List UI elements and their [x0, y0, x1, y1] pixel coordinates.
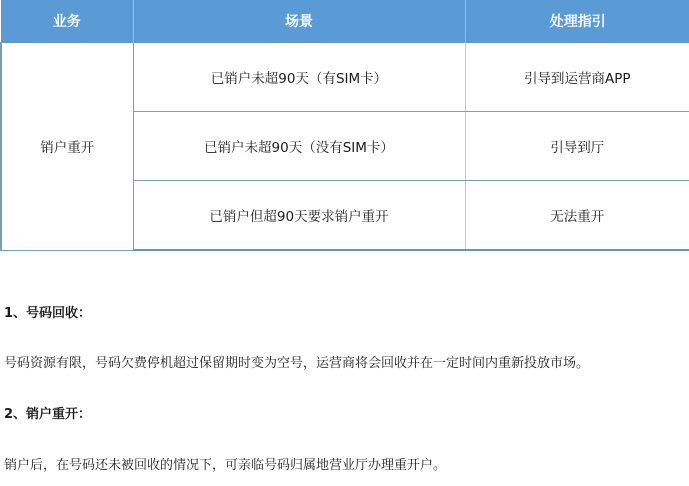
business-cell: 销户重开: [1, 43, 133, 251]
guide-cell: 无法重开: [465, 181, 689, 251]
header-business: 业务: [1, 0, 133, 43]
header-scenario: 场景: [133, 0, 465, 43]
guide-cell: 引导到厅: [465, 112, 689, 181]
table-row: 销户重开 已销户未超90天（有SIM卡） 引导到运营商APP: [1, 43, 689, 112]
scenario-cell: 已销户但超90天要求销户重开: [133, 181, 465, 251]
guidance-table: 业务 场景 处理指引 销户重开 已销户未超90天（有SIM卡） 引导到运营商AP…: [0, 0, 689, 251]
table-header-row: 业务 场景 处理指引: [1, 0, 689, 43]
section-heading-account-reopen: 2、销户重开：: [4, 403, 91, 422]
section-body-account-reopen: 销户后，在号码还未被回收的情况下，可亲临号码归属地营业厅办理重开户。: [4, 454, 446, 473]
scenario-cell: 已销户未超90天（有SIM卡）: [133, 43, 465, 112]
guide-cell: 引导到运营商APP: [465, 43, 689, 112]
header-guide: 处理指引: [465, 0, 689, 43]
section-heading-number-recycle: 1、号码回收：: [4, 302, 91, 321]
scenario-cell: 已销户未超90天（没有SIM卡）: [133, 112, 465, 181]
section-body-number-recycle: 号码资源有限，号码欠费停机超过保留期时变为空号，运营商将会回收并在一定时间内重新…: [4, 352, 589, 371]
